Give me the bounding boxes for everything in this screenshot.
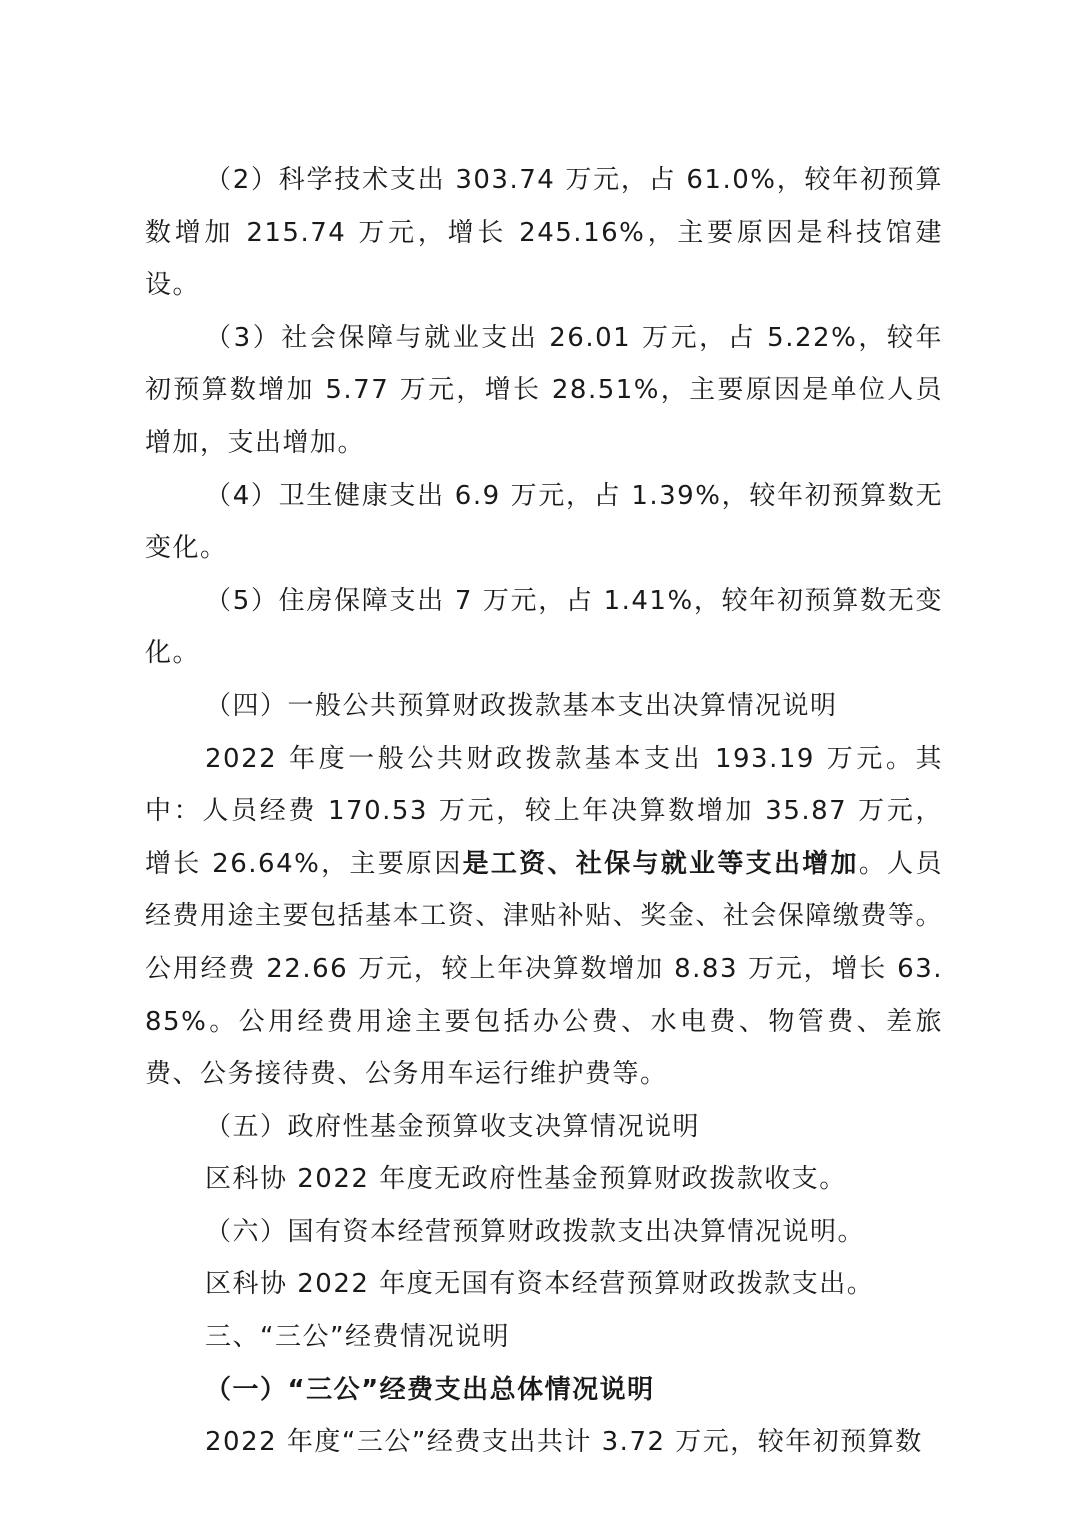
section-five-body: 区科协 2022 年度无政府性基金预算财政拨款收支。 [145, 1153, 943, 1206]
paragraph-social-security-expense: （3）社会保障与就业支出 26.01 万元，占 5.22%，较年初预算数增加 5… [145, 312, 943, 470]
part-three-subheading: （一）“三公”经费支出总体情况说明 [145, 1364, 943, 1417]
section-six-body: 区科协 2022 年度无国有资本经营预算财政拨款支出。 [145, 1258, 943, 1311]
section-four-heading: （四）一般公共预算财政拨款基本支出决算情况说明 [145, 680, 943, 733]
paragraph-health-expense: （4）卫生健康支出 6.9 万元，占 1.39%，较年初预算数无变化。 [145, 470, 943, 575]
part-three-body: 2022 年度“三公”经费支出共计 3.72 万元，较年初预算数 [145, 1416, 943, 1469]
section-six-heading: （六）国有资本经营预算财政拨款支出决算情况说明。 [145, 1206, 943, 1259]
section-four-emphasis: 是工资、社保与就业等支出增加 [463, 849, 859, 879]
section-four-text-b: 。人员经费用途主要包括基本工资、津贴补贴、奖金、社会保障缴费等。公用经费 22.… [145, 849, 943, 1089]
section-four-body: 2022 年度一般公共财政拨款基本支出 193.19 万元。其中：人员经费 17… [145, 733, 943, 1101]
paragraph-science-tech-expense: （2）科学技术支出 303.74 万元，占 61.0%，较年初预算数增加 215… [145, 154, 943, 312]
document-page: （2）科学技术支出 303.74 万元，占 61.0%，较年初预算数增加 215… [145, 154, 943, 1469]
paragraph-housing-expense: （5）住房保障支出 7 万元，占 1.41%，较年初预算数无变化。 [145, 575, 943, 680]
section-five-heading: （五）政府性基金预算收支决算情况说明 [145, 1101, 943, 1154]
part-three-heading: 三、“三公”经费情况说明 [145, 1311, 943, 1364]
